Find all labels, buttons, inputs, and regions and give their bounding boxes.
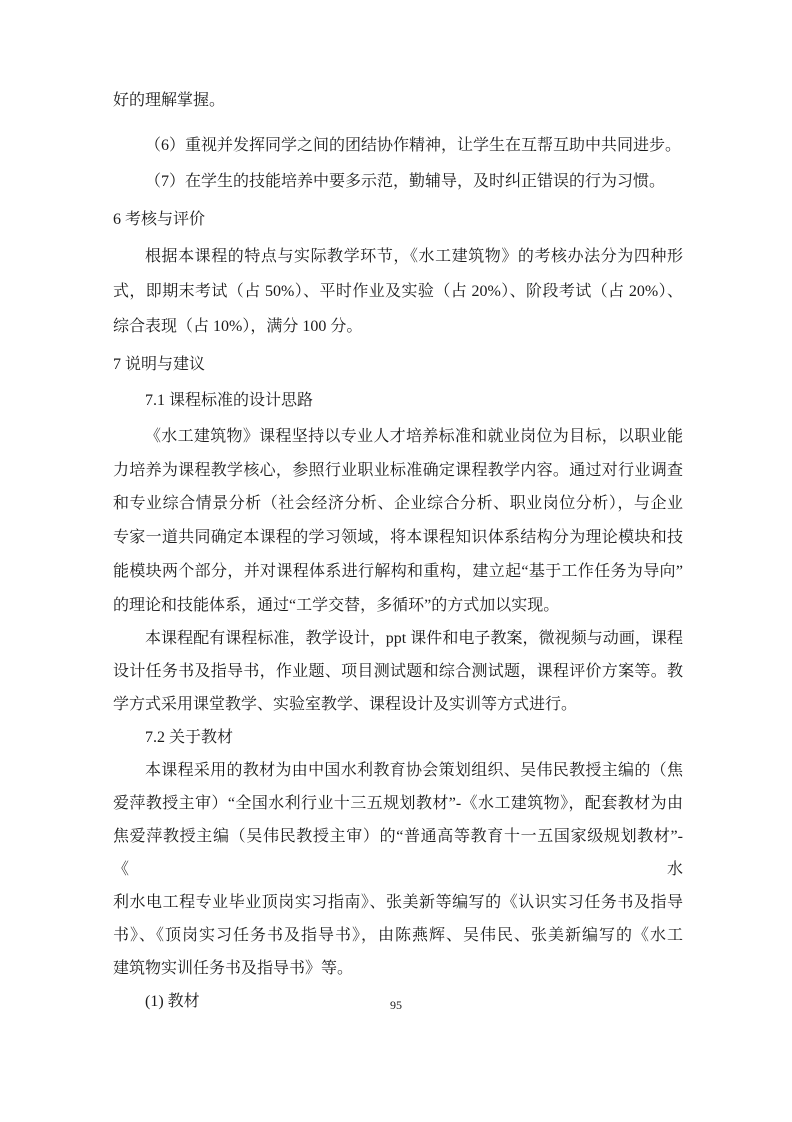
paragraph-line: 书》、《顶岗实习任务书及指导书》，由陈燕辉、吴伟民、张美新编写的《水工 — [113, 919, 683, 952]
paragraph-line: 《水工建筑物》课程坚持以专业人才培养标准和就业岗位为目标，以职业能 — [113, 420, 683, 453]
paragraph-line: 综合表现（占 10%），满分 100 分。 — [113, 310, 683, 343]
paragraph-line: 能模块两个部分，并对课程体系进行解构和重构，建立起“基于工作任务为导向” — [113, 555, 683, 588]
paragraph-line: 和专业综合情景分析（社会经济分析、企业综合分析、职业岗位分析），与企业 — [113, 487, 683, 520]
subsection-heading-7-1: 7.1 课程标准的设计思路 — [113, 384, 683, 417]
document-body: 好的理解掌握。 （6）重视并发挥同学之间的团结协作精神，让学生在互帮互助中共同进… — [113, 84, 683, 1018]
subsection-heading-7-2: 7.2 关于教材 — [113, 721, 683, 754]
page-number: 95 — [0, 996, 792, 1014]
paragraph-line: 力培养为课程教学核心，参照行业职业标准确定课程教学内容。通过对行业调查 — [113, 454, 683, 487]
list-item-6: （6）重视并发挥同学之间的团结协作精神，让学生在互帮互助中共同进步。 — [113, 129, 683, 162]
paragraph-line: 本课程采用的教材为由中国水利教育协会策划组织、吴伟民教授主编的（焦 — [113, 754, 683, 787]
paragraph-line: 专家一道共同确定本课程的学习领域，将本课程知识体系结构分为理论模块和技 — [113, 521, 683, 554]
paragraph-line: 根据本课程的特点与实际教学环节，《水工建筑物》的考核办法分为四种形 — [113, 240, 683, 273]
paragraph-line: 式，即期末考试（占 50%）、平时作业及实验（占 20%）、阶段考试（占 20%… — [113, 275, 683, 308]
paragraph-tail-line: 好的理解掌握。 — [113, 84, 683, 117]
paragraph-line: 本课程配有课程标准，教学设计，ppt 课件和电子教案，微视频与动画，课程 — [113, 622, 683, 655]
section-heading-6: 6 考核与评价 — [113, 203, 683, 236]
paragraph-line: 设计任务书及指导书，作业题、项目测试题和综合测试题，课程评价方案等。教 — [113, 655, 683, 688]
paragraph-line: 的理论和技能体系，通过“工学交替，多循环”的方式加以实现。 — [113, 589, 683, 622]
paragraph-line: 焦爱萍教授主编（吴伟民教授主审）的“普通高等教育十一五国家级规划教材”-《水 — [113, 820, 683, 886]
paragraph-line: 学方式采用课堂教学、实验室教学、课程设计及实训等方式进行。 — [113, 688, 683, 721]
document-page: 好的理解掌握。 （6）重视并发挥同学之间的团结协作精神，让学生在互帮互助中共同进… — [0, 0, 792, 1122]
paragraph-line: 建筑物实训任务书及指导书》等。 — [113, 952, 683, 985]
section-heading-7: 7 说明与建议 — [113, 348, 683, 381]
paragraph-line: 利水电工程专业毕业顶岗实习指南》、张美新等编写的《认识实习任务书及指导 — [113, 886, 683, 919]
list-item-7: （7）在学生的技能培养中要多示范，勤辅导，及时纠正错误的行为习惯。 — [113, 165, 683, 198]
paragraph-line: 爱萍教授主审）“全国水利行业十三五规划教材”-《水工建筑物》，配套教材为由 — [113, 787, 683, 820]
